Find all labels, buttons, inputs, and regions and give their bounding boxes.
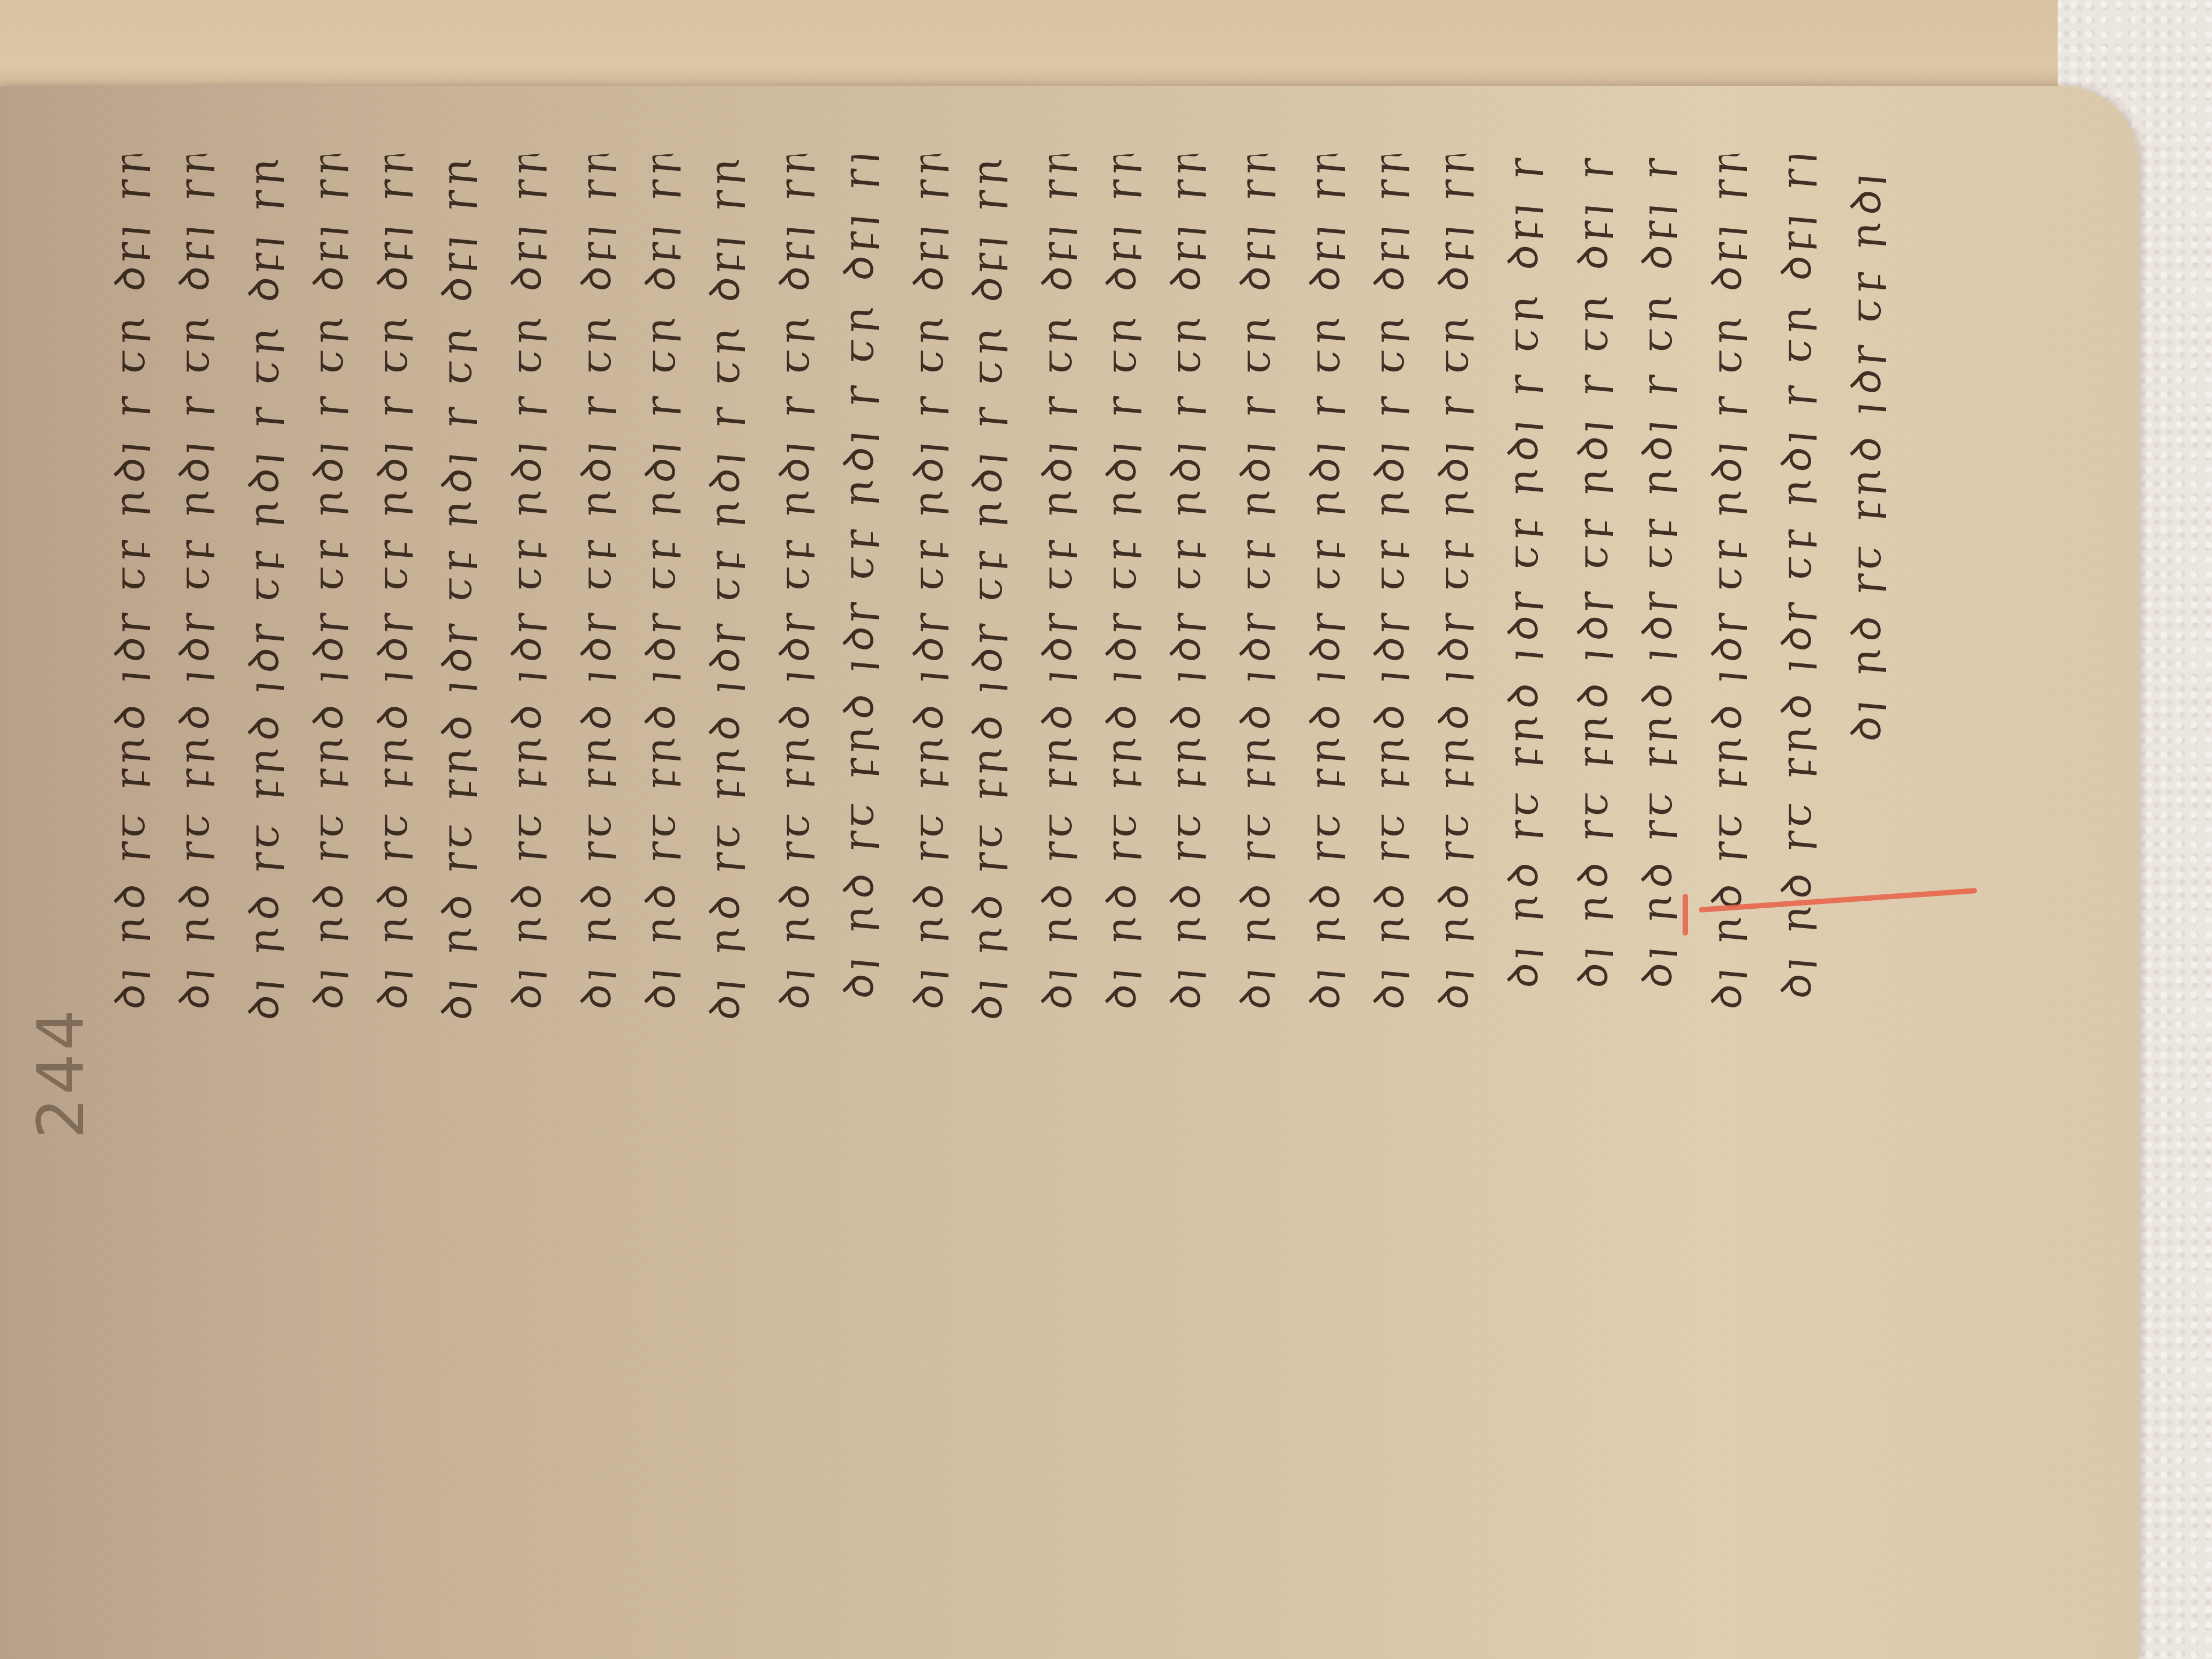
- handwritten-line: ꝺꞁ ꞃꝺ ꞅꞇ ꝼꞃꝺ ꞁꝺꞅ ꞇꝼ ꞃꝺꞁ ꞅ ꞇꞃ ꝺꝼꞁ ꞅꞃ ꝺꞇꞁ …: [300, 153, 348, 1015]
- handwritten-line: ꝺꞁ ꞃꝺ ꞅꞇ ꝼꞃꝺ ꞁꝺꞅ ꞇꝼ ꞃꝺꞁ ꞅ ꞇꞃ ꝺꝼꞁ ꞅꞃ ꝺꞇꞁ …: [429, 153, 477, 1026]
- handwritten-line: ꝺꞁ ꞃꝺ ꞅꞇ ꝼꞃꝺ ꞁꝺꞅ ꞇꝼ ꞃꝺꞁ ꞅ ꞇꞃ ꝺꝼꞁ ꞅꞃ ꝺꞇꞁ …: [900, 153, 948, 1015]
- handwritten-line: ꝺꞁ ꞃꝺ ꞅꞇ ꝼꞃꝺ ꞁꝺꞅ ꞇꝼ ꞃꝺꞁ ꞅ ꞇꞃ ꝺꝼꞁ ꞅꞃ ꝺꞇꞁ …: [236, 153, 284, 1026]
- handwritten-line: ꝺꞁ ꞃꝺ ꞅꞇ ꝼꞃꝺ ꞁꝺꞅ ꞇꝼ ꞃꝺꞁ ꞅ ꞇꞃ ꝺꝼꞁ ꞅꞃ ꝺꞇꞁ …: [1565, 153, 1613, 993]
- handwritten-line: ꝺꞁ ꞃꝺ ꞅꞇ ꝼꞃꝺ ꞁꝺꞅ ꞇꝼ ꞃꝺꞁ ꞅ ꞇꞃ ꝺꝼꞁ ꞅꞃ ꝺꞇꞁ …: [1495, 153, 1543, 993]
- handwritten-line: ꝺꞁ ꞃꝺ ꞅꞇ ꝼꞃꝺ ꞁꝺꞅ ꞇꝼ ꞃꝺꞁ ꞅ ꞇꞃ ꝺꝼꞁ ꞅꞃ ꝺꞇꞁ …: [1297, 153, 1345, 1015]
- handwritten-line: ꝺꞁ ꞃꝺ ꞅꞇ ꝼꞃꝺ ꞁꝺꞅ ꞇꝼ ꞃꝺꞁ ꞅ ꞇꞃ ꝺꝼꞁ ꞅꞃ ꝺꞇꞁ …: [831, 153, 879, 1004]
- handwritten-line: ꝺꞁ ꞃꝺ ꞅꞇ ꝼꞃꝺ ꞁꝺꞅ ꞇꝼ ꞃꝺꞁ ꞅ ꞇꞃ ꝺꝼꞁ ꞅꞃ ꝺꞇꞁ …: [1157, 153, 1206, 1015]
- handwritten-line: ꝺꞁ ꞃꝺ ꞅꞇ ꝼꞃꝺ ꞁꝺꞅ ꞇꝼ ꞃꝺꞁ ꞅ ꞇꞃ ꝺꝼꞁ ꞅꞃ ꝺꞇꞁ …: [364, 153, 413, 1015]
- handwritten-line: ꝺꞁ ꞃꝺ ꞅꞇ ꝼꞃꝺ ꞁꝺꞅ ꞇꝼ ꞃꝺꞁ ꞅ ꞇꞃ ꝺꝼꞁ ꞅꞃ ꝺꞇꞁ …: [1629, 153, 1677, 993]
- handwritten-line: ꝺꞁ ꞃꝺ ꞅꞇ ꝼꞃꝺ ꞁꝺꞅ ꞇꝼ ꞃꝺꞁ ꞅ ꞇꞃ ꝺꝼꞁ ꞅꞃ ꝺꞇꞁ …: [1699, 153, 1747, 1015]
- handwritten-line: ꝺꞁ ꞃꝺ ꞅꞇ ꝼꞃꝺ ꞁꝺꞅ ꞇꝼ ꞃꝺꞁ ꞅ ꞇꞃ ꝺꝼꞁ ꞅꞃ ꝺꞇꞁ …: [568, 153, 616, 1015]
- handwritten-line: ꝺꞁ ꞃꝺ ꞅꞇ ꝼꞃꝺ ꞁꝺꞅ ꞇꝼ ꞃꝺꞁ ꞅ ꞇꞃ ꝺꝼꞁ ꞅꞃ ꝺꞇꞁ …: [102, 153, 150, 1015]
- handwritten-line: ꝺꞁ ꞃꝺ ꞅꞇ ꝼꞃꝺ ꞁꝺꞅ ꞇꝼ ꞃꝺꞁ ꞅ ꞇꞃ ꝺꝼꞁ ꞅꞃ ꝺꞇꞁ …: [1093, 153, 1141, 1015]
- handwritten-line: ꝺꞁ ꞃꝺ ꞅꞇ ꝼꞃꝺ ꞁꝺꞅ ꞇꝼ ꞃꝺꞁ ꞅ ꞇꞃ ꝺꝼꞁ ꞅꞃ ꝺꞇꞁ …: [1029, 153, 1077, 1015]
- handwritten-line: ꝺꞁ ꞃꝺ ꞅꞇ ꝼꞃꝺ ꞁꝺꞅ ꞇꝼ ꞃꝺꞁ ꞅ ꞇꞃ ꝺꝼꞁ ꞅꞃ ꝺꞇꞁ …: [498, 153, 547, 1015]
- handwritten-line: ꝺꞁ ꞃꝺ ꞅꞇ ꝼꞃꝺ ꞁꝺꞅ ꞇꝼ ꞃꝺꞁ ꞅ ꞇꞃ ꝺꝼꞁ ꞅꞃ ꝺꞇꞁ …: [1768, 153, 1817, 1004]
- handwritten-line: ꝺꞁ ꞃꝺ ꞅꞇ ꝼꞃꝺ ꞁꝺꞅ ꞇꝼ ꞃꝺꞁ ꞅ ꞇꞃ ꝺꝼꞁ ꞅꞃ ꝺꞇꞁ …: [697, 153, 745, 1026]
- red-pencil-mark-vertical: [1683, 894, 1688, 936]
- handwritten-text-block: ꝺꞁ ꞃꝺ ꞅꞇ ꝼꞃꝺ ꞁꝺꞅ ꞇꝼ ꞃꝺꞁ ꞅ ꞇꞃ ꝺꝼꞁ ꞅꞃ ꝺꞇꞁ …: [102, 155, 2015, 1013]
- manuscript-page: ꝺꞁ ꞃꝺ ꞅꞇ ꝼꞃꝺ ꞁꝺꞅ ꞇꝼ ꞃꝺꞁ ꞅ ꞇꞃ ꝺꝼꞁ ꞅꞃ ꝺꞇꞁ …: [0, 86, 2138, 1659]
- handwritten-line: ꝺꞁ ꞃꝺ ꞅꞇ ꝼꞃꝺ ꞁꝺꞅ ꞇꝼ ꞃꝺꞁ ꞅ ꞇꞃ ꝺꝼꞁ ꞅꞃ ꝺꞇꞁ …: [1361, 153, 1409, 1015]
- handwritten-line: ꝺꞁ ꞃꝺ ꞅꞇ ꝼꞃꝺ ꞁꝺꞅ ꞇꝼ ꞃꝺꞁ ꞅ ꞇꞃ ꝺꝼꞁ ꞅꞃ ꝺꞇꞁ …: [959, 153, 1007, 1026]
- next-page-edge: [0, 0, 2058, 94]
- handwritten-line: ꝺꞁ ꞃꝺ ꞅꞇ ꝼꞃꝺ ꞁꝺꞅ ꞇꝼ ꞃꝺꞁ ꞅ ꞇꞃ ꝺꝼꞁ ꞅꞃ ꝺꞇꞁ …: [766, 153, 814, 1015]
- handwritten-line: ꝺꞁ ꞃꝺ ꞅꞇ ꝼꞃꝺ ꞁꝺꞅ ꞇꝼ ꞃꝺꞁ ꞅ ꞇꞃ ꝺꝼꞁ ꞅꞃ ꝺꞇꞁ …: [1838, 153, 1886, 747]
- handwritten-line: ꝺꞁ ꞃꝺ ꞅꞇ ꝼꞃꝺ ꞁꝺꞅ ꞇꝼ ꞃꝺꞁ ꞅ ꞇꞃ ꝺꝼꞁ ꞅꞃ ꝺꞇꞁ …: [1425, 153, 1474, 1015]
- handwritten-line: ꝺꞁ ꞃꝺ ꞅꞇ ꝼꞃꝺ ꞁꝺꞅ ꞇꝼ ꞃꝺꞁ ꞅ ꞇꞃ ꝺꝼꞁ ꞅꞃ ꝺꞇꞁ …: [166, 153, 214, 1015]
- page-number: 244: [24, 1006, 99, 1139]
- handwritten-line: ꝺꞁ ꞃꝺ ꞅꞇ ꝼꞃꝺ ꞁꝺꞅ ꞇꝼ ꞃꝺꞁ ꞅ ꞇꞃ ꝺꝼꞁ ꞅꞃ ꝺꞇꞁ …: [1227, 153, 1275, 1015]
- handwritten-line: ꝺꞁ ꞃꝺ ꞅꞇ ꝼꞃꝺ ꞁꝺꞅ ꞇꝼ ꞃꝺꞁ ꞅ ꞇꞃ ꝺꝼꞁ ꞅꞃ ꝺꞇꞁ …: [632, 153, 681, 1015]
